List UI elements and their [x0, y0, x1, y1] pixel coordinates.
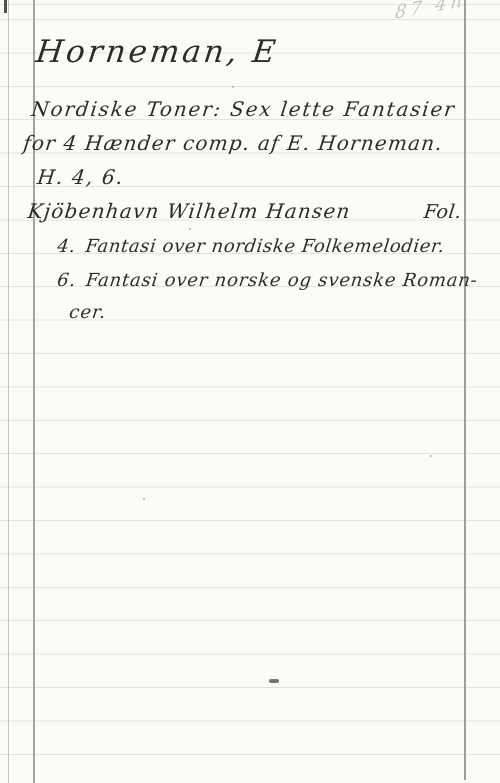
imprint-place-publisher: Kjöbenhavn Wilhelm Hansen	[27, 199, 353, 223]
pencil-annotation: 87 4n	[394, 0, 466, 24]
imprint-format: Fol.	[423, 201, 463, 223]
right-margin-rule	[464, 0, 466, 780]
volume-statement: H. 4, 6.	[36, 165, 126, 189]
paper-speck	[232, 86, 234, 88]
content-item-number: 4.	[56, 236, 77, 257]
paper-speck	[430, 455, 432, 457]
content-item-number: 6.	[56, 270, 77, 291]
content-item-text: Fantasi over norske og svenske Roman-	[85, 270, 479, 291]
ink-smudge	[269, 679, 279, 683]
content-item: 6.Fantasi over norske og svenske Roman-	[56, 270, 479, 291]
content-item: 4.Fantasi over nordiske Folkemelodier.	[56, 236, 446, 257]
paper-speck	[143, 498, 145, 500]
content-item-text: Fantasi over nordiske Folkemelodier.	[84, 236, 446, 257]
entry-heading: Horneman, E	[34, 34, 280, 70]
left-outer-margin-rule	[8, 0, 9, 783]
title-line-2: for 4 Hænder comp. af E. Horneman.	[22, 131, 444, 155]
content-item-continuation: cer.	[68, 302, 108, 323]
catalog-card-page: 87 4n Horneman, E Nordiske Toner: Sex le…	[0, 0, 500, 783]
title-line-1: Nordiske Toner: Sex lette Fantasier	[30, 97, 457, 121]
scan-edge-mark	[4, 0, 7, 13]
paper-speck	[189, 228, 191, 230]
imprint-line: Kjöbenhavn Wilhelm Hansen Fol.	[28, 199, 462, 223]
